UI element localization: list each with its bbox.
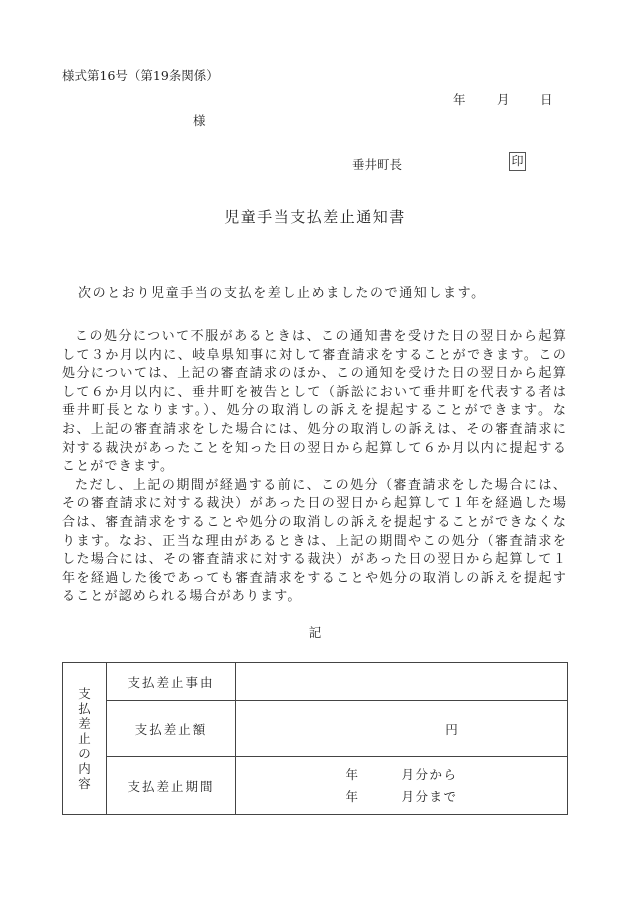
appeal-notice: この処分について不服があるときは、この通知書を受けた日の翌日から起算して３か月以… (62, 328, 567, 607)
issuer-name: 垂井町長 (352, 155, 402, 173)
period-from-year: 年 (345, 764, 401, 786)
appeal-paragraph: この処分について不服があるときは、この通知書を受けた日の翌日から起算して３か月以… (62, 328, 567, 477)
row-label: 支払差止事由 (107, 663, 236, 701)
period-to-month: 月分まで (401, 789, 457, 804)
addressee-suffix: 様 (193, 111, 206, 129)
appeal-paragraph: ただし、上記の期間が経過する前に、この処分（審査請求をした場合には、その審査請求… (62, 477, 567, 607)
table-row: 支払差止額 円 (63, 701, 568, 757)
ki-heading: 記 (0, 623, 630, 641)
table-row: 支払差止期間 年月分から 年月分まで (63, 757, 568, 815)
document-title: 児童手当支払差止通知書 (0, 206, 630, 227)
date-day-label: 日 (540, 90, 553, 108)
row-label: 支払差止期間 (107, 757, 236, 815)
group-label-cell: 支払差止の内容 (63, 663, 107, 815)
suspension-details-table: 支払差止の内容 支払差止事由 支払差止額 円 支払差止期間 年月分から 年月分ま… (62, 662, 568, 815)
seal-stamp-icon: 印 (509, 152, 526, 171)
date-month-label: 月 (497, 90, 510, 108)
period-from: 年月分から (236, 764, 567, 786)
reason-field[interactable] (236, 663, 568, 701)
group-label: 支払差止の内容 (78, 686, 92, 791)
table-row: 支払差止の内容 支払差止事由 (63, 663, 568, 701)
lead-sentence: 次のとおり児童手当の支払を差し止めましたので通知します。 (78, 282, 486, 301)
yen-unit: 円 (445, 722, 458, 737)
period-to: 年月分まで (236, 786, 567, 808)
period-to-year: 年 (345, 786, 401, 808)
date-year-label: 年 (453, 90, 466, 108)
period-from-month: 月分から (401, 767, 457, 782)
form-number: 様式第16号（第19条関係） (62, 66, 219, 84)
period-field[interactable]: 年月分から 年月分まで (236, 757, 568, 815)
amount-field[interactable]: 円 (236, 701, 568, 757)
row-label: 支払差止額 (107, 701, 236, 757)
